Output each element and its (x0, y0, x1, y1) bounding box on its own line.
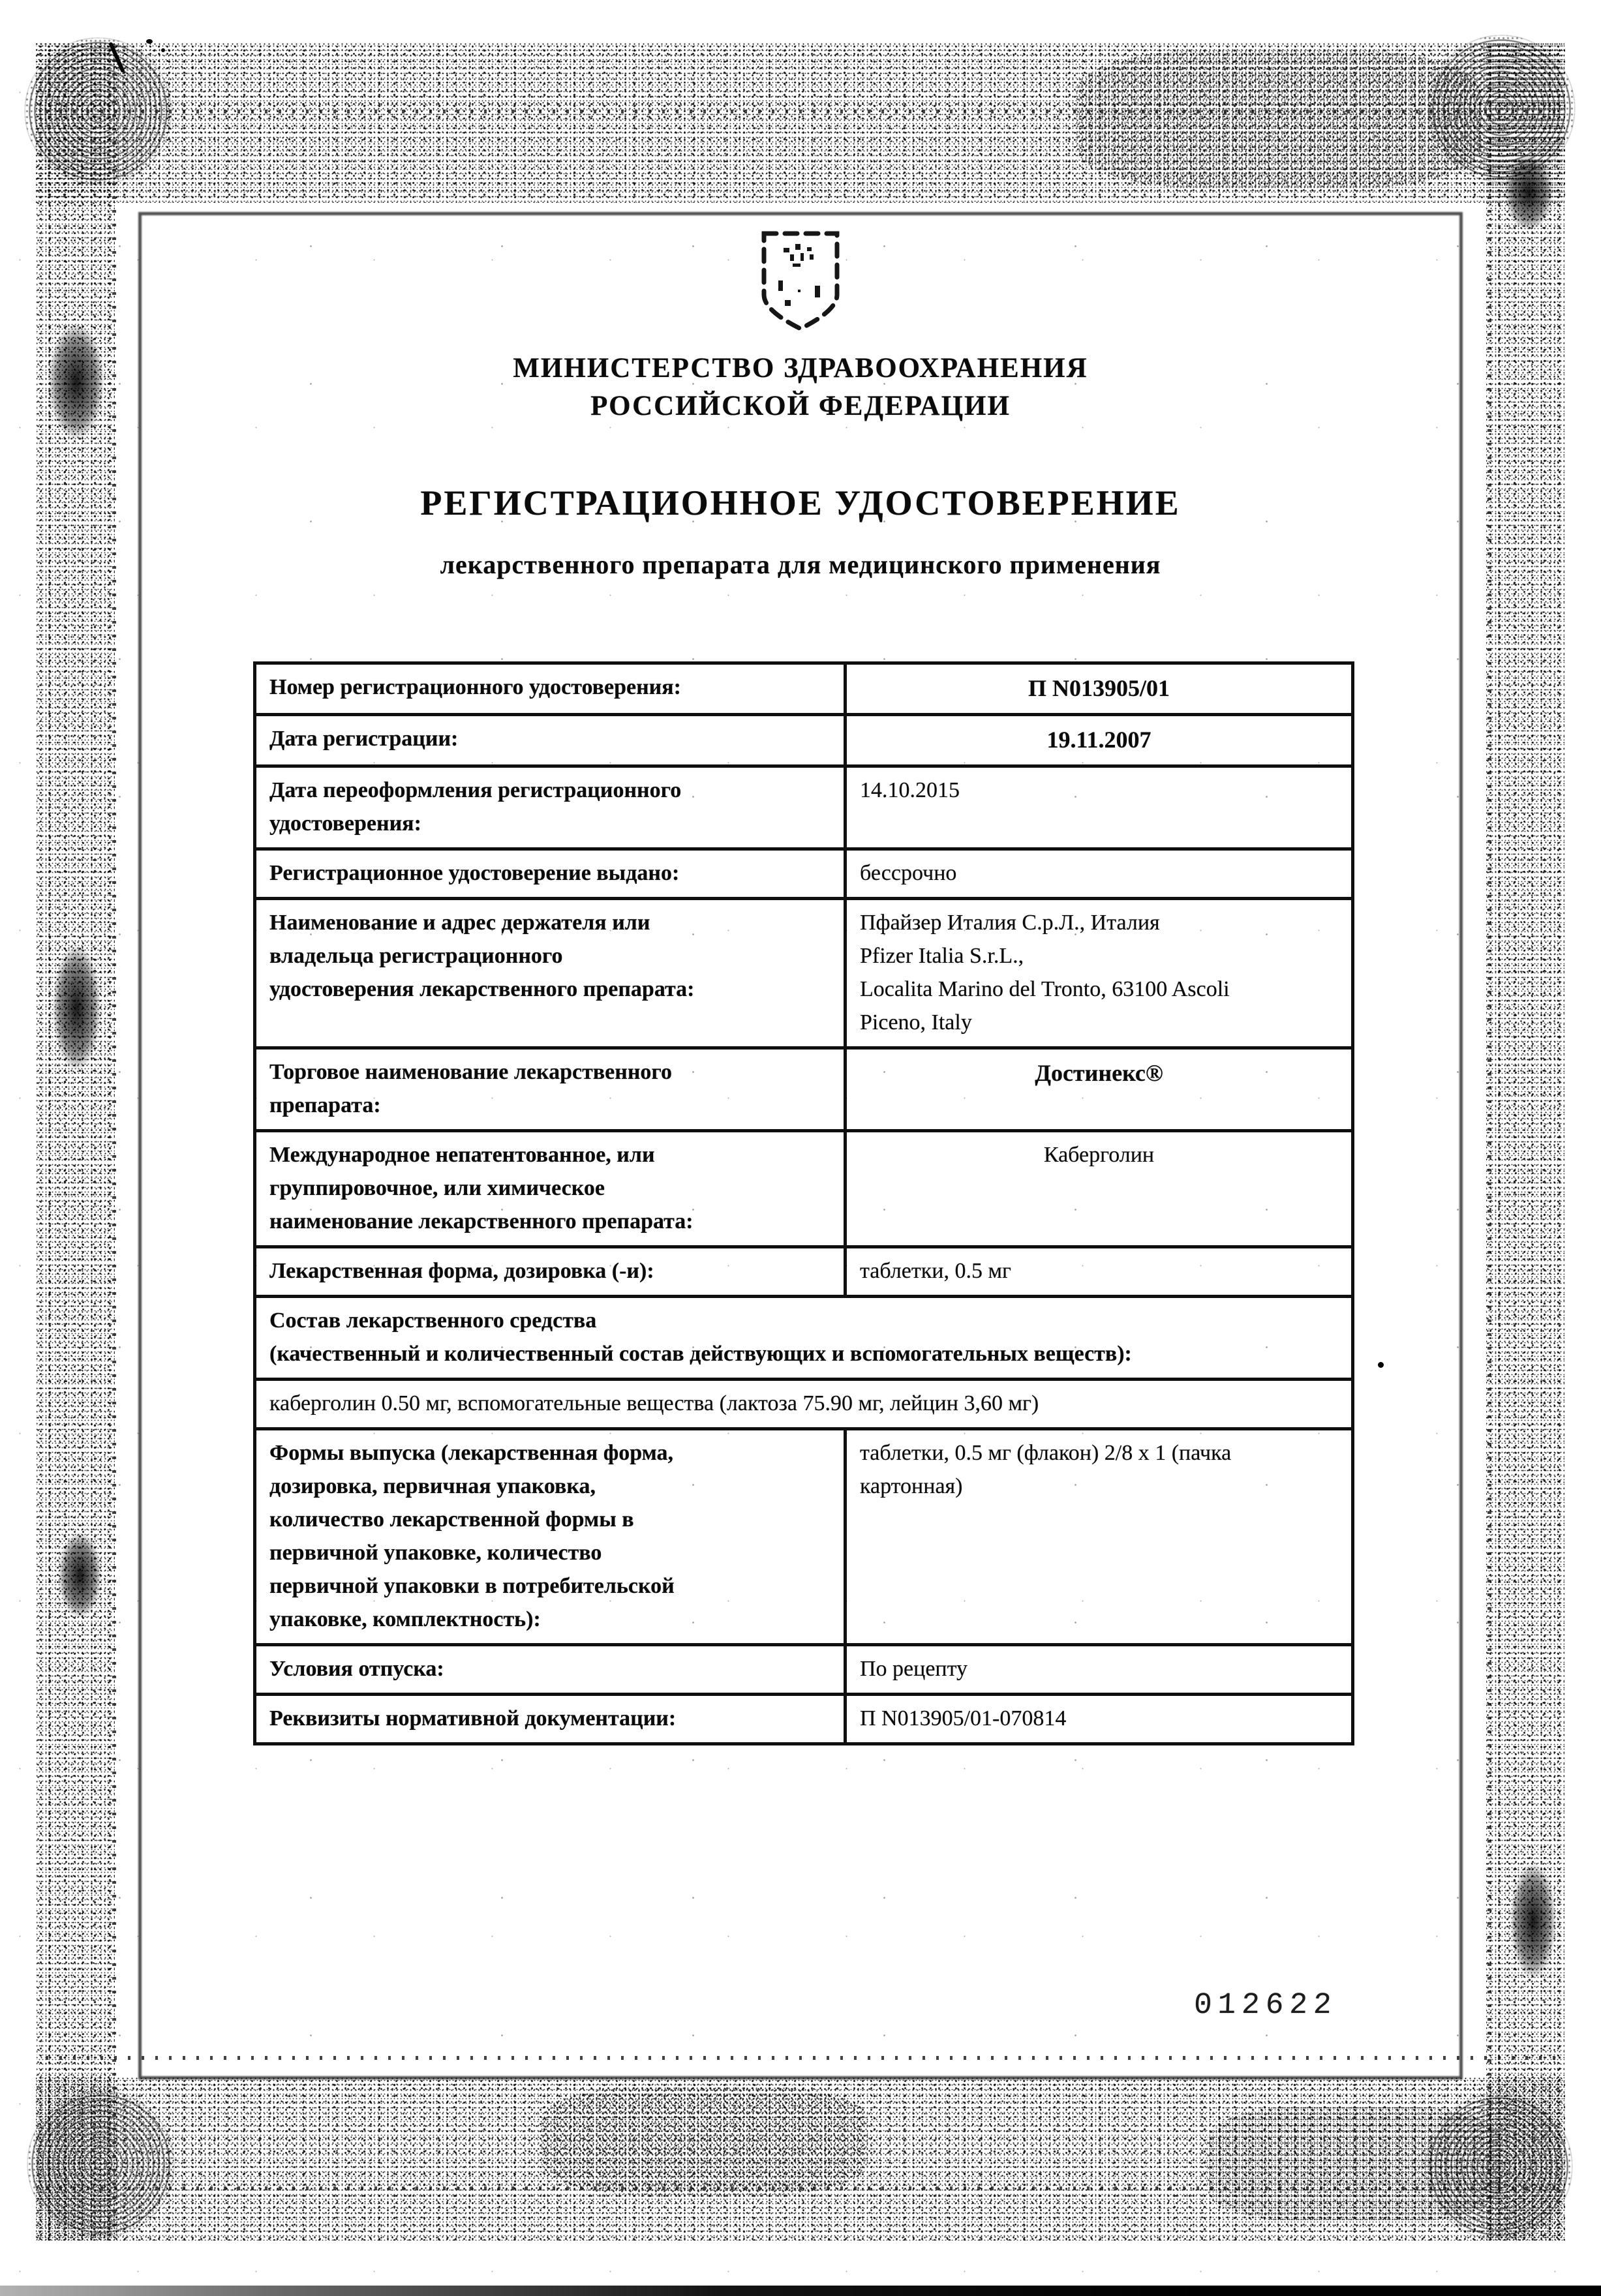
coat-of-arms-icon (755, 230, 846, 333)
row-value: По рецепту (846, 1645, 1353, 1695)
ink-cluster (1076, 51, 1481, 188)
pen-mark-artifact (146, 39, 153, 44)
row-label: Условия отпуска: (255, 1645, 846, 1695)
row-label: Дата регистрации: (255, 715, 846, 766)
row-value: П N013905/01 (846, 663, 1353, 715)
ministry-name-line2: РОССИЙСКОЙ ФЕДЕРАЦИИ (138, 390, 1463, 422)
row-value: Пфайзер Италия С.р.Л., Италия Pfizer Ita… (846, 899, 1353, 1048)
document-subtitle: лекарственного препарата для медицинског… (138, 549, 1463, 580)
row-value: 19.11.2007 (846, 715, 1353, 766)
scan-artifact-dot (1378, 1362, 1384, 1368)
border-corner-rosette (27, 2091, 174, 2237)
table-row: Международное непатентованное, или групп… (255, 1131, 1353, 1247)
row-label: Дата переоформления регистрационного удо… (255, 766, 846, 849)
ink-blotch (1504, 1846, 1563, 1996)
row-label: Номер регистрационного удостоверения: (255, 663, 846, 715)
row-label: Наименование и адрес держателя или владе… (255, 899, 846, 1048)
table-row: Регистрационное удостоверение выдано: бе… (255, 849, 1353, 899)
document-title: РЕГИСТРАЦИОННОЕ УДОСТОВЕРЕНИЕ (138, 483, 1463, 523)
border-tick-line (46, 110, 1555, 113)
row-value: таблетки, 0.5 мг (флакон) 2/8 х 1 (пачка… (846, 1429, 1353, 1645)
table-row: Дата регистрации: 19.11.2007 (255, 715, 1353, 766)
ink-cluster (541, 2087, 868, 2195)
scanned-certificate-page: МИНИСТЕРСТВО ЗДРАВООХРАНЕНИЯ РОССИЙСКОЙ … (0, 0, 1601, 2296)
table-row: каберголин 0.50 мг, вспомогательные веще… (255, 1380, 1353, 1429)
ink-cluster (1207, 2107, 1501, 2221)
table-row: Условия отпуска: По рецепту (255, 1645, 1353, 1695)
table-row: Формы выпуска (лекарственная форма, дози… (255, 1429, 1353, 1645)
ink-blotch (1498, 143, 1560, 241)
row-value: таблетки, 0.5 мг (846, 1247, 1353, 1297)
row-value: 14.10.2015 (846, 766, 1353, 849)
registration-table: Номер регистрационного удостоверения: П … (253, 661, 1354, 1745)
ink-blotch (46, 926, 108, 1089)
table-row: Торговое наименование лекарственного пре… (255, 1048, 1353, 1131)
ink-blotch (52, 1520, 108, 1631)
border-tick-line (112, 46, 116, 2231)
row-label: Формы выпуска (лекарственная форма, дози… (255, 1429, 846, 1645)
row-fulltext: каберголин 0.50 мг, вспомогательные веще… (255, 1380, 1353, 1429)
pen-mark-artifact (161, 48, 165, 52)
row-value: бессрочно (846, 849, 1353, 899)
table-row: Состав лекарственного средства (качестве… (255, 1297, 1353, 1380)
table-row: Лекарственная форма, дозировка (-и): таб… (255, 1247, 1353, 1297)
table-row: Номер регистрационного удостоверения: П … (255, 663, 1353, 715)
row-value: Каберголин (846, 1131, 1353, 1247)
scanner-edge-bar (0, 2286, 1601, 2296)
border-tick-line (46, 2186, 1555, 2190)
row-label: Реквизиты нормативной документации: (255, 1695, 846, 1744)
row-fulltext: Состав лекарственного средства (качестве… (255, 1297, 1353, 1380)
border-tick-line (1487, 46, 1491, 2231)
row-label: Международное непатентованное, или групп… (255, 1131, 846, 1247)
ministry-name-line1: МИНИСТЕРСТВО ЗДРАВООХРАНЕНИЯ (138, 352, 1463, 384)
row-label: Регистрационное удостоверение выдано: (255, 849, 846, 899)
row-label: Торговое наименование лекарственного пре… (255, 1048, 846, 1131)
row-value: П N013905/01-070814 (846, 1695, 1353, 1744)
table-row: Реквизиты нормативной документации: П N0… (255, 1695, 1353, 1744)
ink-blotch (40, 307, 112, 457)
table-row: Дата переоформления регистрационного удо… (255, 766, 1353, 849)
serial-number-stamp: 012622 (1193, 1988, 1337, 2022)
table-row: Наименование и адрес держателя или владе… (255, 899, 1353, 1048)
row-label: Лекарственная форма, дозировка (-и): (255, 1247, 846, 1297)
row-value: Достинекс® (846, 1048, 1353, 1131)
